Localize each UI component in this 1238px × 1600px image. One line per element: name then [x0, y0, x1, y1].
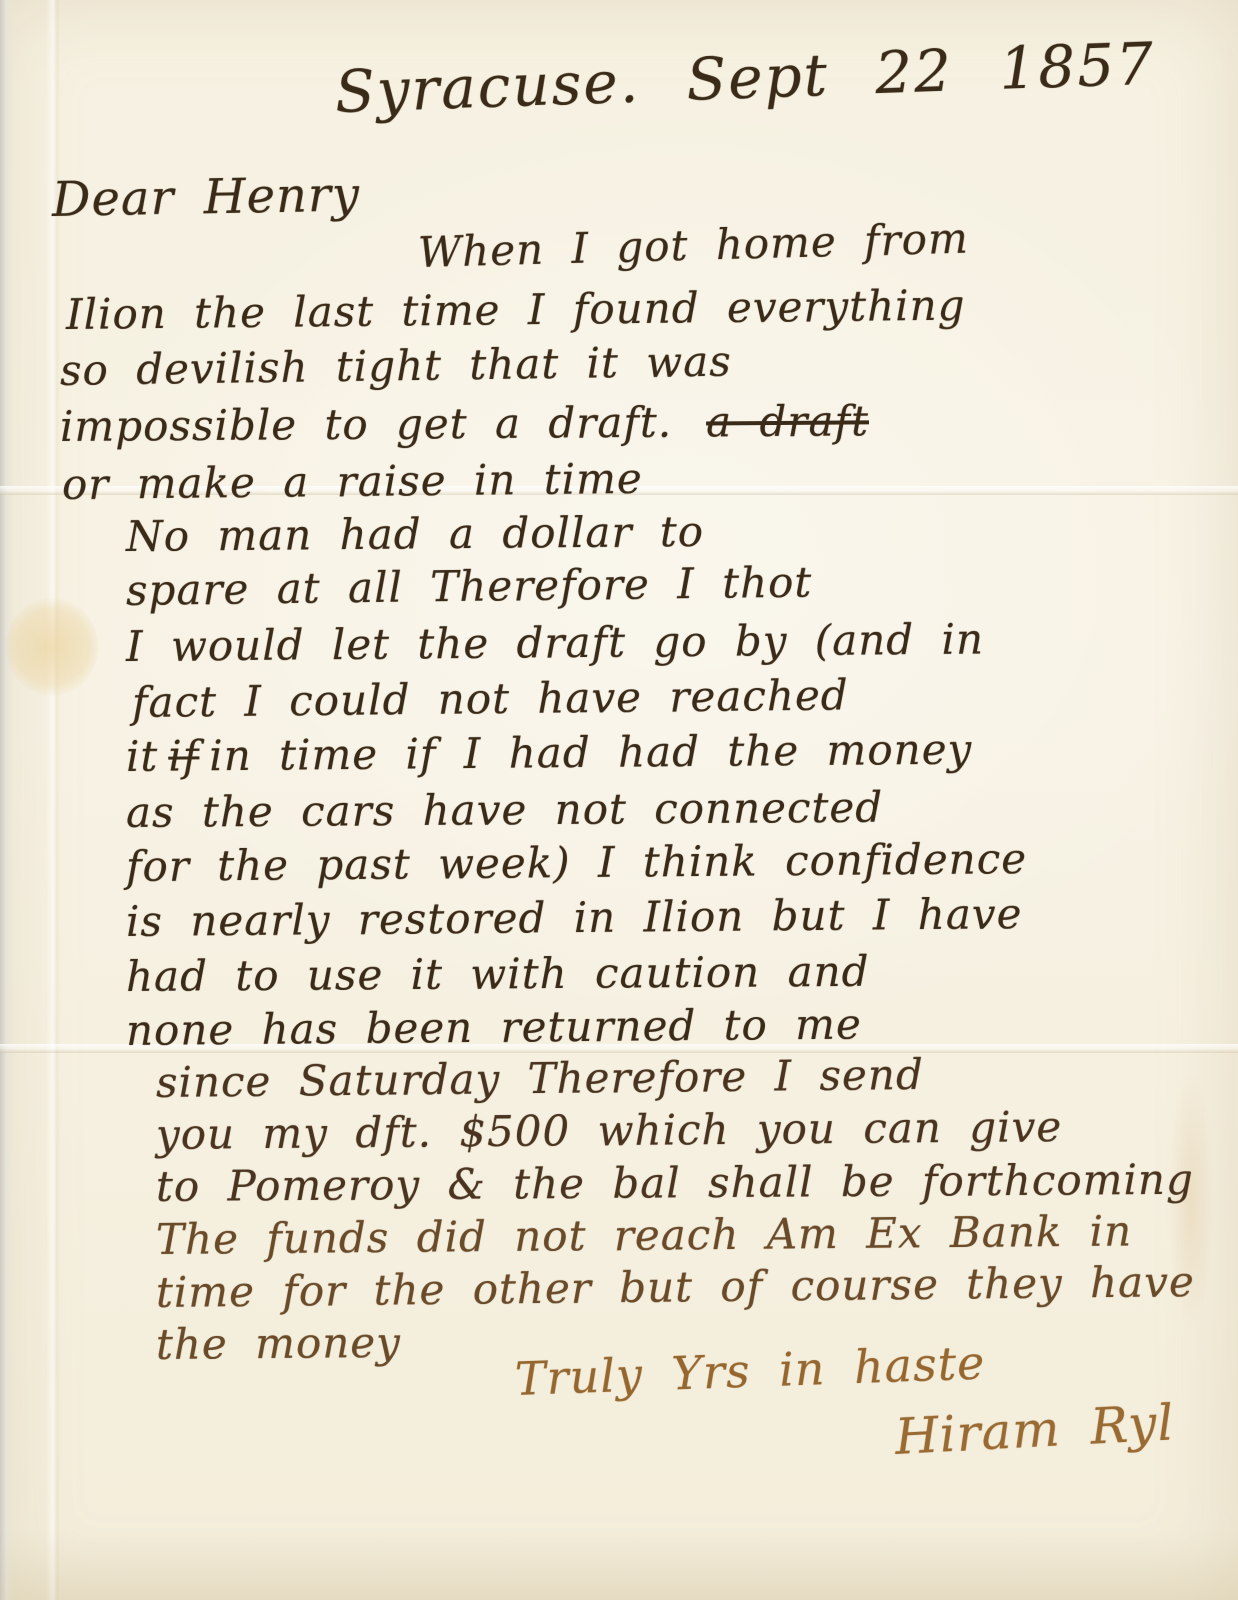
signature: Hiram Ryl: [893, 1393, 1175, 1466]
letter-line: so devilish tight that it was: [60, 337, 732, 395]
dateline: Syracuse. Sept 22 1857: [334, 29, 1156, 126]
letter-line: spare at all Therefore I thot: [126, 558, 813, 615]
letter-line-text: in time if I had had the money: [209, 725, 972, 781]
paper-shading: [0, 1530, 1238, 1600]
salutation: Dear Henry: [52, 167, 361, 228]
letter-line: none has been returned to me: [126, 1000, 862, 1055]
letter-line: you my dft. $500 which you can give: [156, 1102, 1063, 1159]
letter-line: I would let the draft go by (and in: [126, 615, 984, 671]
letter-line: fact I could not have reached: [132, 670, 849, 727]
struck-out-word: if: [168, 731, 199, 780]
letter-line: time for the other but of course they ha…: [156, 1257, 1195, 1317]
letter-line: Ilion the last time I found everything: [66, 281, 966, 339]
scan-edge: [0, 0, 14, 1600]
letter-line-text: it: [126, 732, 159, 781]
paper-stain: [6, 598, 98, 696]
letter-line: since Saturday Therefore I send: [156, 1050, 924, 1107]
letter-line: When I got home from: [417, 214, 969, 277]
letter-line: The funds did not reach Am Ex Bank in: [156, 1206, 1133, 1264]
letter-line: as the cars have not connected: [126, 783, 883, 837]
letter-line: for the past week) I think confidence: [126, 834, 1028, 891]
letter-line: the money: [156, 1318, 401, 1369]
letter-line: itifin time if I had had the money: [126, 725, 973, 781]
letter-line: to Pomeroy & the bal shall be forthcomin…: [156, 1155, 1194, 1211]
letter-line: or make a raise in time: [62, 454, 643, 509]
closing: Truly Yrs in haste: [514, 1336, 986, 1406]
vertical-fold-crease: [46, 0, 60, 1600]
letter-line: had to use it with caution and: [126, 947, 870, 1001]
letter-line: No man had a dollar to: [126, 507, 704, 561]
letter-line: impossible to get a draft.a draft: [60, 396, 869, 451]
letter-page: Syracuse. Sept 22 1857 Dear Henry When I…: [0, 0, 1238, 1600]
struck-out-words: a draft: [706, 396, 869, 446]
letter-line: is nearly restored in Ilion but I have: [126, 889, 1023, 946]
letter-line-text: impossible to get a draft.: [60, 398, 672, 451]
